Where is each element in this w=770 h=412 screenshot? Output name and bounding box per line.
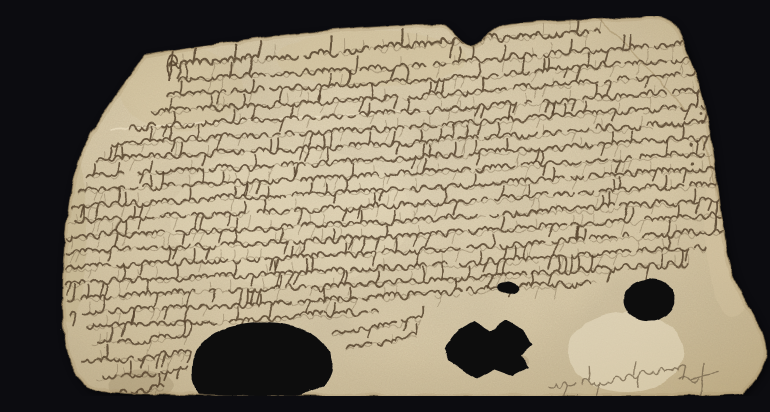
parchment-surface: [40, 16, 770, 396]
ink-dot: [688, 142, 692, 146]
parchment: [40, 16, 770, 396]
stain: [275, 30, 465, 86]
manuscript-photograph: [40, 16, 770, 396]
ink-dot: [690, 161, 693, 164]
ink-dot: [699, 111, 702, 114]
ink-dot: [700, 120, 703, 123]
photo-canvas: Photograph of a damaged medieval parchme…: [40, 16, 770, 396]
